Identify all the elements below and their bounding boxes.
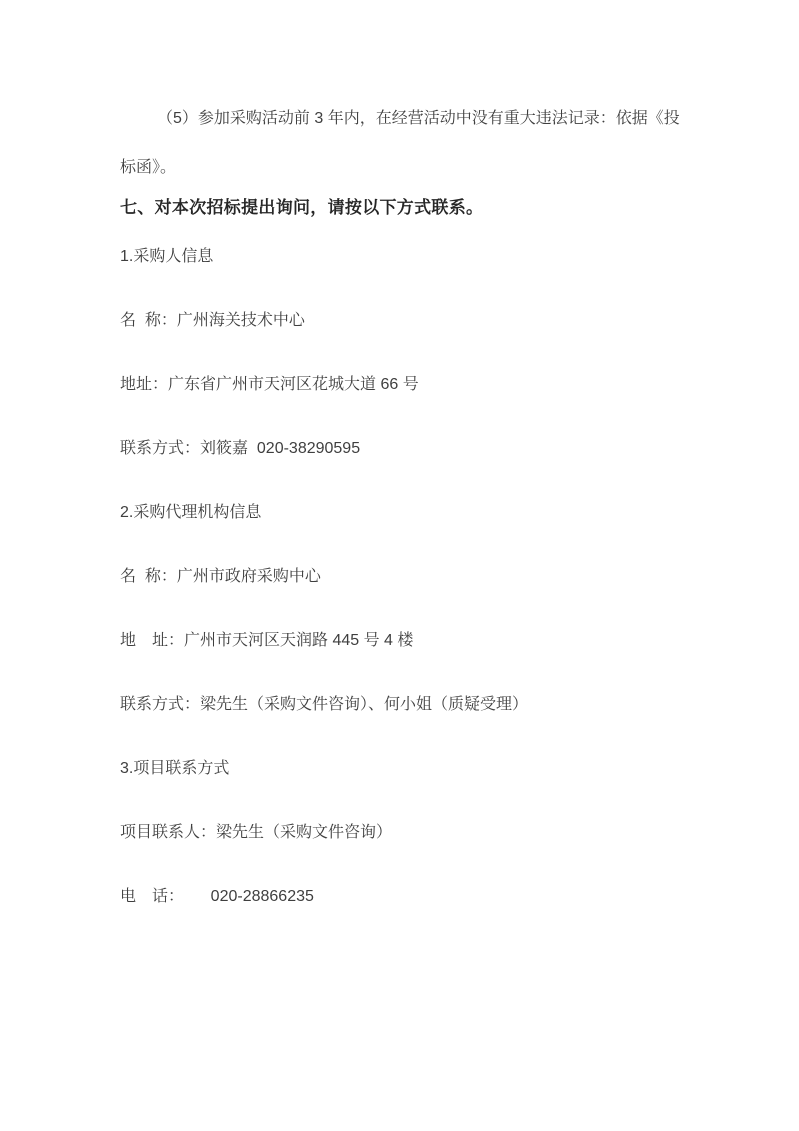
document-page: （5）参加采购活动前 3 年内，在经营活动中没有重大违法记录：依据《投标函》。 …	[0, 0, 799, 1131]
clause-5-paragraph: （5）参加采购活动前 3 年内，在经营活动中没有重大违法记录：依据《投标函》。	[120, 94, 692, 192]
purchaser-address-line: 地址：广东省广州市天河区花城大道 66 号	[120, 371, 692, 398]
agency-contact-line: 联系方式：梁先生（采购文件咨询）、何小姐（质疑受理）	[120, 691, 692, 718]
section-7-heading: 七、对本次招标提出询问，请按以下方式联系。	[120, 194, 692, 221]
agency-name-line: 名 称：广州市政府采购中心	[120, 563, 692, 590]
project-section-title: 3.项目联系方式	[120, 755, 692, 782]
purchaser-name-line: 名 称：广州海关技术中心	[120, 307, 692, 334]
purchaser-section-title: 1.采购人信息	[120, 243, 692, 270]
project-contact-person-line: 项目联系人：梁先生（采购文件咨询）	[120, 819, 692, 846]
project-phone-line: 电 话： 020-28866235	[120, 883, 692, 910]
purchaser-contact-line: 联系方式：刘筱嘉 020-38290595	[120, 435, 692, 462]
agency-section-title: 2.采购代理机构信息	[120, 499, 692, 526]
agency-address-line: 地 址：广州市天河区天润路 445 号 4 楼	[120, 627, 692, 654]
